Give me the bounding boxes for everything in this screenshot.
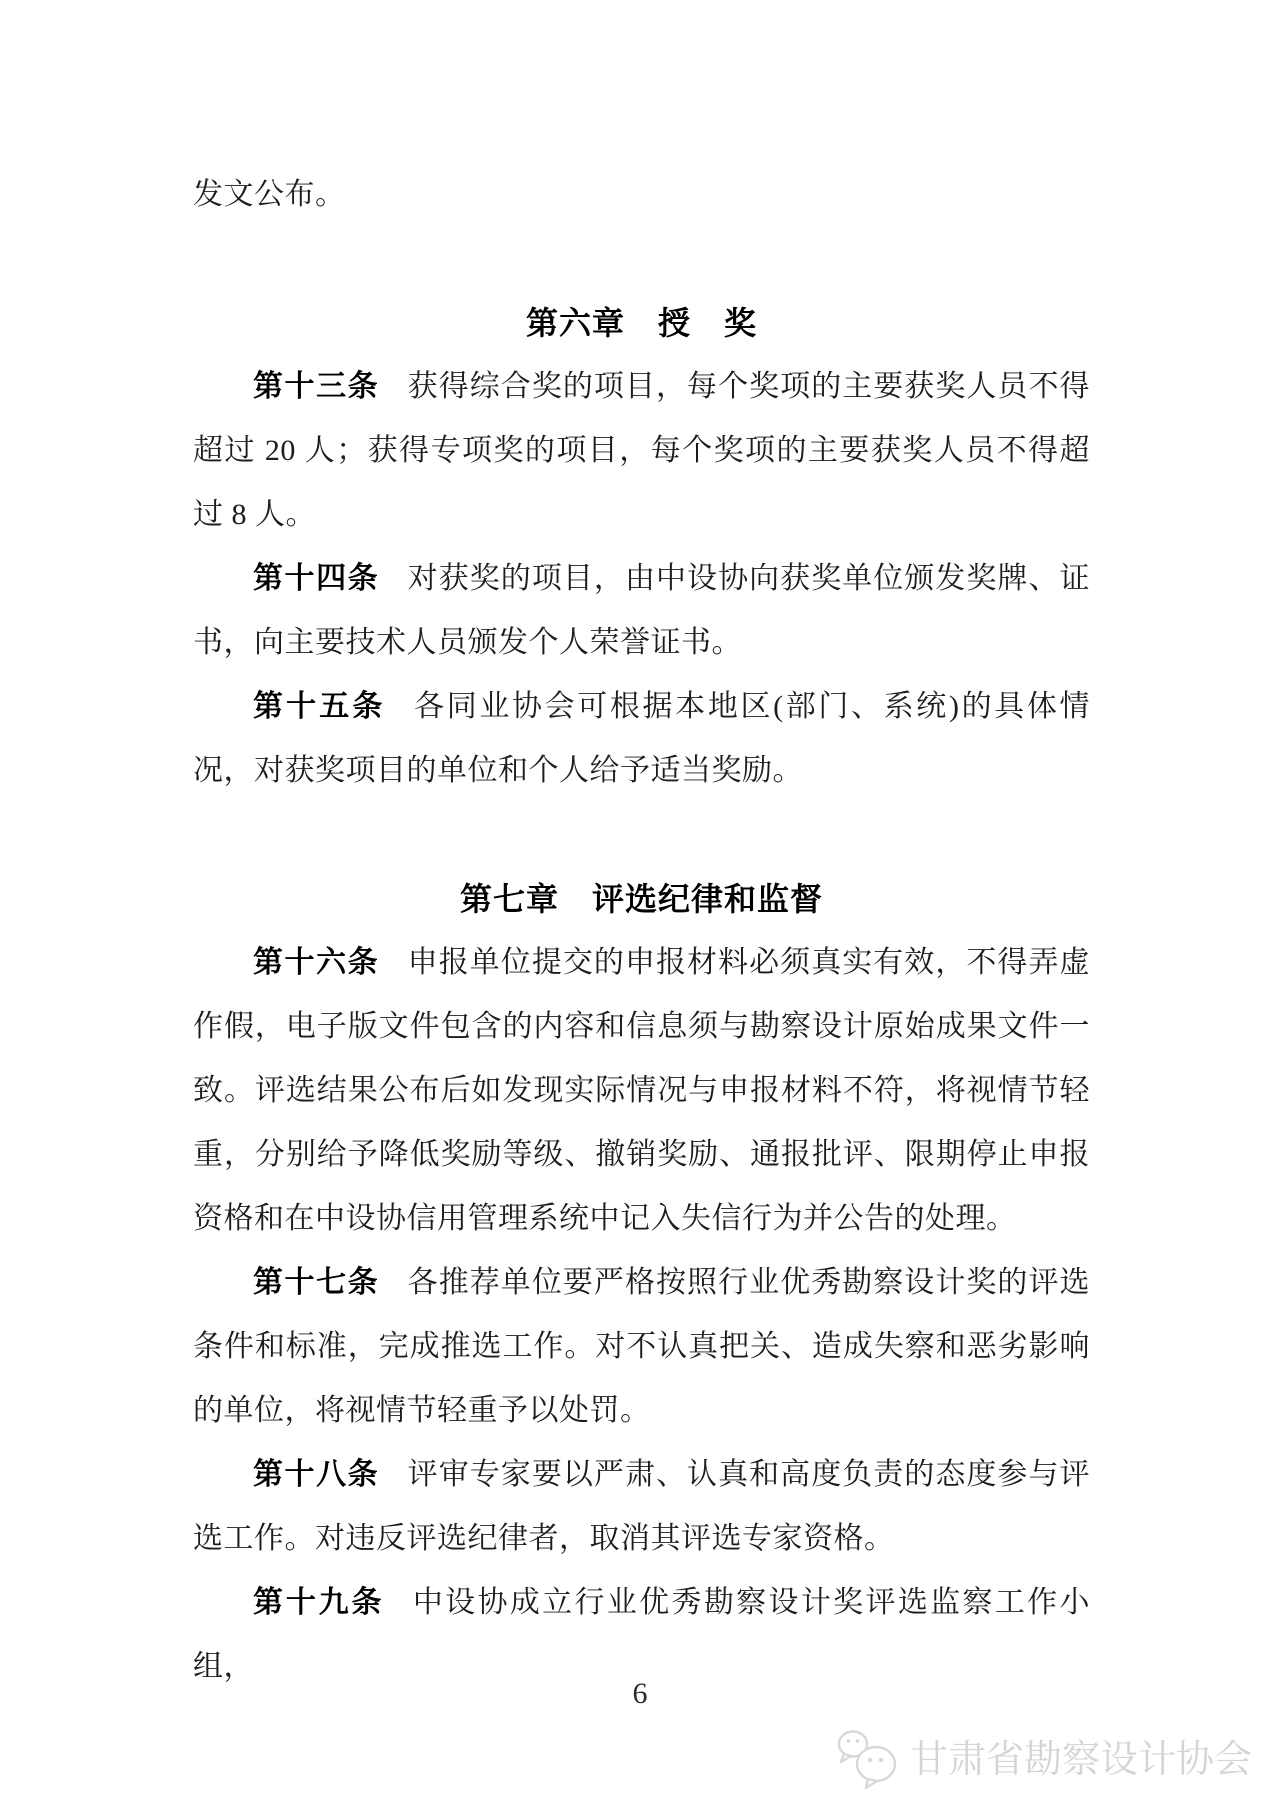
chapter-7-heading: 第七章 评选纪律和监督 <box>193 867 1090 931</box>
article-13-number: 第十三条 <box>253 370 379 403</box>
article-15-paragraph: 第十五条各同业协会可根据本地区(部门、系统)的具体情况，对获奖项目的单位和个人给… <box>193 675 1090 803</box>
article-13-paragraph: 第十三条获得综合奖的项目，每个奖项的主要获奖人员不得超过 20 人；获得专项奖的… <box>193 355 1090 547</box>
article-16-number: 第十六条 <box>253 946 379 979</box>
article-14-paragraph: 第十四条对获奖的项目，由中设协向获奖单位颁发奖牌、证书，向主要技术人员颁发个人荣… <box>193 547 1090 675</box>
article-17-number: 第十七条 <box>253 1266 379 1299</box>
article-16-paragraph: 第十六条申报单位提交的申报材料必须真实有效，不得弄虚作假，电子版文件包含的内容和… <box>193 931 1090 1251</box>
document-body: 发文公布。 第六章 授 奖 第十三条获得综合奖的项目，每个奖项的主要获奖人员不得… <box>193 163 1090 1699</box>
watermark: 甘肃省勘察设计协会 <box>834 1727 1252 1793</box>
article-18-number: 第十八条 <box>253 1458 379 1491</box>
continuation-paragraph: 发文公布。 <box>193 163 1090 227</box>
article-19-number: 第十九条 <box>253 1586 384 1619</box>
article-17-paragraph: 第十七条各推荐单位要严格按照行业优秀勘察设计奖的评选条件和标准，完成推选工作。对… <box>193 1251 1090 1443</box>
article-18-paragraph: 第十八条评审专家要以严肃、认真和高度负责的态度参与评选工作。对违反评选纪律者，取… <box>193 1443 1090 1571</box>
article-15-number: 第十五条 <box>253 690 386 723</box>
page-number: 6 <box>0 1666 1280 1722</box>
wechat-logo-icon <box>834 1727 902 1793</box>
chapter-6-heading: 第六章 授 奖 <box>193 291 1090 355</box>
watermark-label: 甘肃省勘察设计协会 <box>910 1727 1252 1793</box>
article-16-text: 申报单位提交的申报材料必须真实有效，不得弄虚作假，电子版文件包含的内容和信息须与… <box>193 946 1090 1235</box>
article-14-number: 第十四条 <box>253 562 379 595</box>
document-page: 发文公布。 第六章 授 奖 第十三条获得综合奖的项目，每个奖项的主要获奖人员不得… <box>0 0 1280 1810</box>
